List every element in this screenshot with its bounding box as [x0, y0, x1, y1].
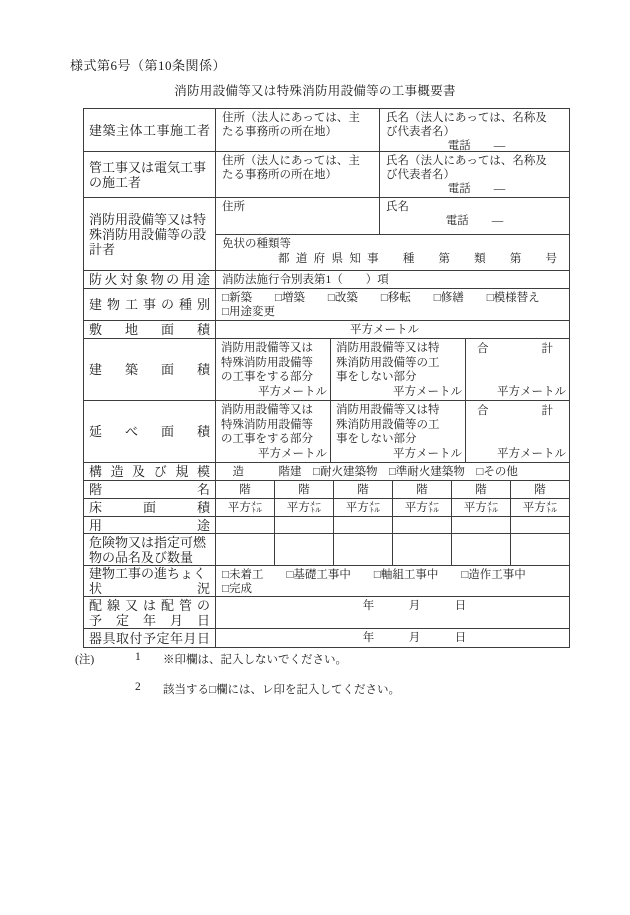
construction-overview-table: 建築主体工事施工者 住所（法人にあっては、主 たる事務所の所在地） 氏名（法人に… — [83, 108, 570, 648]
row-label: 防火対象物の用途 — [89, 272, 210, 287]
name-cell: 氏名 電話 ― — [380, 198, 569, 234]
unit-label: 平方メートル — [221, 385, 328, 400]
work-part-cell: 消防用設備等又は 特殊消防用設備等 の工事をする部分 平方メートル — [216, 401, 331, 462]
floor-area-cell: 平方㍍ — [216, 499, 275, 516]
hazmat-cell — [216, 534, 275, 565]
use-cell — [511, 517, 569, 533]
use-cell — [275, 517, 334, 533]
checkbox-options-line: □未着工 □基礎工事中 □軸組工事中 □造作工事中 — [222, 568, 567, 582]
use-cell — [393, 517, 452, 533]
unit-label: 平方メートル — [350, 323, 419, 337]
label-cell: 敷地面積 — [84, 321, 216, 338]
label-cell: 用途 — [84, 517, 216, 533]
checkbox-options-line: 造 階建 □耐火建築物 □準耐火建築物 □その他 — [221, 465, 569, 479]
note-text: ※印欄は、記入しないでください。 — [163, 651, 347, 667]
date-cell: 年 月 日 — [216, 597, 569, 628]
row-fixture-install-date: 器具取付予定年月日 年 月 日 — [84, 629, 569, 647]
row-label: 建物工事の種別 — [89, 297, 210, 312]
label-cell: 管工事又は電気工事 の施工者 — [84, 152, 216, 197]
form-title: 消防用設備等又は特殊消防用設備等の工事概要書 — [0, 81, 630, 99]
row-floor-name: 階名 階 階 階 階 階 階 — [84, 481, 569, 499]
floor-area-cell: 平方㍍ — [452, 499, 511, 516]
value-cell: 平方メートル — [216, 321, 569, 338]
use-cell — [452, 517, 511, 533]
floor-cell: 階 — [511, 481, 569, 498]
license-cell: 免状の種類等 都道府県知事 種 第 類 第 号 — [216, 235, 569, 270]
row-label: 建築主体工事施工者 — [89, 123, 210, 138]
note-number: 1 — [135, 651, 163, 667]
total-label: 合 計 — [471, 403, 567, 419]
total-cell: 合 計 平方メートル — [466, 401, 569, 462]
year-month-day-line: 年 月 日 — [363, 599, 467, 613]
label-cell: 器具取付予定年月日 — [84, 629, 216, 647]
tel-line: 電話 ― — [386, 214, 563, 228]
hazmat-cell — [334, 534, 393, 565]
label-cell: 建築面積 — [84, 339, 216, 400]
floor-area-cell: 平方㍍ — [275, 499, 334, 516]
row-label: 床面積 — [89, 500, 210, 515]
row-label: 消防用設備等又は特 殊消防用設備等の設 計者 — [89, 212, 210, 257]
value-cell: □未着工 □基礎工事中 □軸組工事中 □造作工事中 □完成 — [216, 566, 569, 596]
floor-cell: 階 — [275, 481, 334, 498]
row-label-line2: 予定年月日 — [89, 613, 210, 628]
floor-cell: 階 — [216, 481, 275, 498]
row-label: 階名 — [89, 482, 210, 497]
hazmat-cell — [275, 534, 334, 565]
floor-cell: 階 — [334, 481, 393, 498]
note-number: 2 — [135, 681, 163, 697]
note-text: 該当する□欄には、レ印を記入してください。 — [163, 681, 400, 697]
label-cell: 危険物又は指定可燃 物の品名及び数量 — [84, 534, 216, 565]
form-number: 様式第6号（第10条関係） — [70, 55, 226, 74]
label-cell: 構造及び規模 — [84, 463, 216, 480]
row-label: 管工事又は電気工事 の施工者 — [89, 160, 210, 190]
row-label-line2: 状況 — [89, 581, 210, 596]
address-label: 住所（法人にあっては、主 たる事務所の所在地） — [222, 111, 377, 139]
hazmat-cell — [393, 534, 452, 565]
row-building-area: 建築面積 消防用設備等又は 特殊消防用設備等 の工事をする部分 平方メートル 消… — [84, 339, 569, 401]
row-label: 用途 — [89, 518, 210, 533]
address-cell: 住所 — [216, 198, 380, 234]
row-structure-scale: 構造及び規模 造 階建 □耐火建築物 □準耐火建築物 □その他 — [84, 463, 569, 481]
label-cell: 建物工事の進ちょく 状況 — [84, 566, 216, 596]
label-cell: 建物工事の種別 — [84, 289, 216, 320]
row-site-area: 敷地面積 平方メートル — [84, 321, 569, 339]
tel-line: 電話 ― — [386, 182, 567, 196]
value-cell: 造 階建 □耐火建築物 □準耐火建築物 □その他 — [216, 463, 569, 480]
license-type-label: 免状の種類等 — [222, 237, 563, 252]
checkbox-options-line: □完成 — [222, 582, 567, 596]
address-label: 住所 — [222, 200, 373, 214]
non-work-part-label: 消防用設備等又は特 殊消防用設備等の工 事をしない部分 — [336, 341, 463, 385]
form-page: 様式第6号（第10条関係） 消防用設備等又は特殊消防用設備等の工事概要書 建築主… — [0, 0, 630, 915]
address-cell: 住所（法人にあっては、主 たる事務所の所在地） — [216, 152, 380, 197]
label-cell: 床面積 — [84, 499, 216, 516]
address-cell: 住所（法人にあっては、主 たる事務所の所在地） — [216, 109, 380, 151]
ordinance-table-line: 消防法施行令別表第1（ ）項 — [222, 273, 567, 287]
license-type-line: 都道府県知事 種 第 類 第 号 — [222, 252, 563, 267]
row-label: 危険物又は指定可燃 物の品名及び数量 — [89, 535, 210, 565]
name-label: 氏名（法人にあっては、名称及 び代表者名） — [386, 154, 567, 182]
row-designer: 消防用設備等又は特 殊消防用設備等の設 計者 住所 氏名 電話 ― 免状の種類等… — [84, 198, 569, 271]
use-cell — [216, 517, 275, 533]
designer-address-name: 住所 氏名 電話 ― — [216, 198, 569, 235]
year-month-day-line: 年 月 日 — [363, 631, 467, 645]
floor-cell: 階 — [452, 481, 511, 498]
row-total-floor-area: 延べ面積 消防用設備等又は 特殊消防用設備等 の工事をする部分 平方メートル 消… — [84, 401, 569, 463]
row-hazardous-materials: 危険物又は指定可燃 物の品名及び数量 — [84, 534, 569, 566]
unit-label: 平方メートル — [336, 385, 463, 400]
value-cell: □新築 □増築 □改築 □移転 □修繕 □模様替え □用途変更 — [216, 289, 569, 320]
non-work-part-cell: 消防用設備等又は特 殊消防用設備等の工 事をしない部分 平方メートル — [331, 401, 466, 462]
floor-cell: 階 — [393, 481, 452, 498]
row-building-construction-type: 建物工事の種別 □新築 □増築 □改築 □移転 □修繕 □模様替え □用途変更 — [84, 289, 569, 321]
row-label: 構造及び規模 — [89, 464, 210, 479]
checkbox-options-line: □新築 □増築 □改築 □移転 □修繕 □模様替え — [222, 291, 567, 305]
tel-line: 電話 ― — [386, 139, 567, 151]
label-cell: 延べ面積 — [84, 401, 216, 462]
label-cell: 消防用設備等又は特 殊消防用設備等の設 計者 — [84, 198, 216, 270]
label-cell: 建築主体工事施工者 — [84, 109, 216, 151]
unit-label: 平方メートル — [221, 447, 328, 462]
address-label: 住所（法人にあっては、主 たる事務所の所在地） — [222, 154, 377, 182]
value-cell: 消防法施行令別表第1（ ）項 — [216, 271, 569, 288]
non-work-part-label: 消防用設備等又は特 殊消防用設備等の工 事をしない部分 — [336, 403, 463, 447]
unit-label: 平方メートル — [471, 447, 567, 462]
row-label-line1: 配線又は配管の — [89, 598, 210, 613]
unit-label: 平方メートル — [471, 385, 567, 400]
use-cell — [334, 517, 393, 533]
row-construction-progress: 建物工事の進ちょく 状況 □未着工 □基礎工事中 □軸組工事中 □造作工事中 □… — [84, 566, 569, 597]
label-cell: 階名 — [84, 481, 216, 498]
hazmat-cell — [452, 534, 511, 565]
row-label: 延べ面積 — [89, 424, 210, 439]
date-cell: 年 月 日 — [216, 629, 569, 647]
floor-area-cell: 平方㍍ — [334, 499, 393, 516]
designer-detail: 住所 氏名 電話 ― 免状の種類等 都道府県知事 種 第 類 第 号 — [216, 198, 569, 270]
note-item: 2 該当する□欄には、レ印を記入してください。 — [75, 681, 400, 697]
non-work-part-cell: 消防用設備等又は特 殊消防用設備等の工 事をしない部分 平方メートル — [331, 339, 466, 400]
note-mark — [75, 681, 135, 697]
label-cell: 防火対象物の用途 — [84, 271, 216, 288]
work-part-label: 消防用設備等又は 特殊消防用設備等 の工事をする部分 — [221, 341, 328, 385]
checkbox-options-line: □用途変更 — [222, 305, 567, 319]
note-item: (注) 1 ※印欄は、記入しないでください。 — [75, 651, 347, 667]
row-label: 敷地面積 — [89, 322, 210, 337]
total-label: 合 計 — [471, 341, 567, 357]
row-fire-object-use: 防火対象物の用途 消防法施行令別表第1（ ）項 — [84, 271, 569, 289]
hazmat-cell — [511, 534, 569, 565]
name-label: 氏名（法人にあっては、名称及 び代表者名） — [386, 111, 567, 139]
row-building-main-contractor: 建築主体工事施工者 住所（法人にあっては、主 たる事務所の所在地） 氏名（法人に… — [84, 109, 569, 152]
row-use: 用途 — [84, 517, 569, 534]
row-label-line1: 建物工事の進ちょく — [89, 566, 210, 581]
floor-area-cell: 平方㍍ — [393, 499, 452, 516]
label-cell: 配線又は配管の 予定年月日 — [84, 597, 216, 628]
floor-area-cell: 平方㍍ — [511, 499, 569, 516]
name-label: 氏名 — [386, 200, 563, 214]
unit-label: 平方メートル — [336, 447, 463, 462]
work-part-cell: 消防用設備等又は 特殊消防用設備等 の工事をする部分 平方メートル — [216, 339, 331, 400]
work-part-label: 消防用設備等又は 特殊消防用設備等 の工事をする部分 — [221, 403, 328, 447]
row-label: 器具取付予定年月日 — [89, 631, 210, 646]
total-cell: 合 計 平方メートル — [466, 339, 569, 400]
row-pipe-electric-contractor: 管工事又は電気工事 の施工者 住所（法人にあっては、主 たる事務所の所在地） 氏… — [84, 152, 569, 198]
row-label: 建築面積 — [89, 362, 210, 377]
name-cell: 氏名（法人にあっては、名称及 び代表者名） 電話 ― — [380, 109, 569, 151]
name-cell: 氏名（法人にあっては、名称及 び代表者名） 電話 ― — [380, 152, 569, 197]
row-floor-area: 床面積 平方㍍ 平方㍍ 平方㍍ 平方㍍ 平方㍍ 平方㍍ — [84, 499, 569, 517]
note-mark: (注) — [75, 651, 135, 667]
row-wiring-piping-date: 配線又は配管の 予定年月日 年 月 日 — [84, 597, 569, 629]
